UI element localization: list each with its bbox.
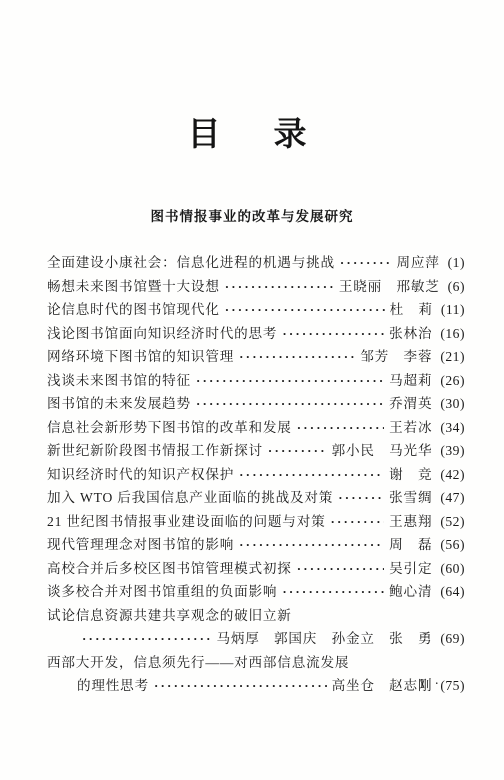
page-number: · 1 · — [405, 676, 443, 692]
toc-entry-title: 全面建设小康社会：信息化进程的机遇与挑战 — [47, 251, 335, 275]
toc-entry-continuation: 的理性思考高坐仓 赵志刚(75) — [47, 674, 465, 698]
toc-entry-title: 信息社会新形势下图书馆的改革和发展 — [47, 416, 292, 440]
toc-entry-page: (52) — [440, 510, 465, 534]
toc-entry: 信息社会新形势下图书馆的改革和发展王若冰(34) — [47, 416, 465, 440]
toc-entry-page: (42) — [440, 463, 465, 487]
toc-entry: 论信息时代的图书馆现代化杜 莉(11) — [47, 298, 465, 322]
toc-entry-authors: 马炳厚 郭国庆 孙金立 张 勇 — [216, 627, 432, 651]
toc-entry: 加入 WTO 后我国信息产业面临的挑战及对策张雪绸(47) — [47, 486, 465, 510]
toc-entry-title: 西部大开发，信息须先行——对西部信息流发展 — [47, 651, 349, 675]
toc-entry-title: 现代管理理念对图书馆的影响 — [47, 533, 234, 557]
toc-entry: 畅想未来图书馆暨十大设想王晓丽 邢敏芝(6) — [47, 275, 465, 299]
toc-entry-page: (26) — [440, 369, 465, 393]
toc-entry-page: (56) — [440, 533, 465, 557]
dot-leader — [338, 486, 384, 510]
toc-entry-title-cont: 的理性思考 — [77, 674, 149, 698]
toc-entry-title: 图书馆的未来发展趋势 — [47, 392, 191, 416]
dot-leader — [239, 345, 355, 369]
dot-leader — [82, 627, 211, 651]
toc-entry-authors: 王惠翔 — [389, 510, 432, 534]
toc-list: 全面建设小康社会：信息化进程的机遇与挑战周应萍(1)畅想未来图书馆暨十大设想王晓… — [47, 251, 465, 698]
toc-entry-page: (16) — [440, 322, 465, 346]
toc-entry-page: (75) — [440, 674, 465, 698]
scanned-toc-page: 目 录 图书情报事业的改革与发展研究 全面建设小康社会：信息化进程的机遇与挑战周… — [0, 0, 504, 780]
toc-entry-authors: 王晓丽 邢敏芝 — [339, 275, 440, 299]
toc-entry: 浅谈未来图书馆的特征马超莉(26) — [47, 369, 465, 393]
toc-entry-title: 网络环境下图书馆的知识管理 — [47, 345, 234, 369]
toc-entry-authors: 谢 竞 — [389, 463, 432, 487]
dot-leader — [268, 439, 327, 463]
toc-entry-page: (69) — [440, 627, 465, 651]
toc-entry-title: 试论信息资源共建共享观念的破旧立新 — [47, 604, 292, 628]
toc-entry-page: (21) — [440, 345, 465, 369]
dot-leader — [297, 557, 384, 581]
toc-entry: 知识经济时代的知识产权保护谢 竞(42) — [47, 463, 465, 487]
toc-entry-page: (11) — [441, 298, 465, 322]
toc-entry-page: (39) — [440, 439, 465, 463]
dot-leader — [239, 533, 384, 557]
toc-entry-title: 新世纪新阶段图书情报工作新探讨 — [47, 439, 263, 463]
toc-entry-page: (64) — [440, 580, 465, 604]
page-title: 目 录 — [0, 0, 504, 155]
section-heading: 图书情报事业的改革与发展研究 — [0, 205, 504, 225]
toc-entry-authors: 鲍心清 — [389, 580, 432, 604]
toc-entry-page: (30) — [440, 392, 465, 416]
toc-entry-authors: 张林治 — [389, 322, 432, 346]
toc-entry: 西部大开发，信息须先行——对西部信息流发展 — [47, 651, 465, 675]
dot-leader — [239, 463, 384, 487]
toc-entry-authors: 杜 莉 — [390, 298, 433, 322]
dot-leader — [330, 510, 384, 534]
toc-entry-continuation: 马炳厚 郭国庆 孙金立 张 勇(69) — [47, 627, 465, 651]
dot-leader — [225, 298, 385, 322]
toc-entry-page: (60) — [440, 557, 465, 581]
toc-entry-title: 谈多校合并对图书馆重组的负面影响 — [47, 580, 277, 604]
toc-entry-title: 加入 WTO 后我国信息产业面临的挑战及对策 — [47, 486, 333, 510]
toc-entry-authors: 周应萍 — [396, 251, 439, 275]
dot-leader — [282, 580, 384, 604]
toc-entry-title: 知识经济时代的知识产权保护 — [47, 463, 234, 487]
toc-entry-authors: 郭小民 马光华 — [332, 439, 433, 463]
toc-entry-authors: 乔渭英 — [389, 392, 432, 416]
toc-entry-title: 高校合并后多校区图书馆管理模式初探 — [47, 557, 292, 581]
toc-entry-title: 浅论图书馆面向知识经济时代的思考 — [47, 322, 277, 346]
toc-entry-title: 浅谈未来图书馆的特征 — [47, 369, 191, 393]
toc-entry-title: 论信息时代的图书馆现代化 — [47, 298, 220, 322]
toc-entry-title: 21 世纪图书情报事业建设面临的问题与对策 — [47, 510, 325, 534]
toc-entry: 谈多校合并对图书馆重组的负面影响鲍心清(64) — [47, 580, 465, 604]
toc-entry-page: (1) — [448, 251, 465, 275]
toc-entry-authors: 周 磊 — [389, 533, 432, 557]
dot-leader — [282, 322, 384, 346]
dot-leader — [225, 275, 334, 299]
toc-entry: 网络环境下图书馆的知识管理邹芳 李蓉(21) — [47, 345, 465, 369]
toc-entry-title: 畅想未来图书馆暨十大设想 — [47, 275, 220, 299]
toc-entry: 全面建设小康社会：信息化进程的机遇与挑战周应萍(1) — [47, 251, 465, 275]
dot-leader — [196, 369, 384, 393]
dot-leader — [154, 674, 327, 698]
toc-entry: 试论信息资源共建共享观念的破旧立新 — [47, 604, 465, 628]
toc-entry: 现代管理理念对图书馆的影响周 磊(56) — [47, 533, 465, 557]
toc-entry: 新世纪新阶段图书情报工作新探讨郭小民 马光华(39) — [47, 439, 465, 463]
toc-entry-authors: 邹芳 李蓉 — [360, 345, 432, 369]
toc-entry: 高校合并后多校区图书馆管理模式初探吴引定(60) — [47, 557, 465, 581]
toc-entry-authors: 吴引定 — [389, 557, 432, 581]
dot-leader — [340, 251, 392, 275]
toc-entry-page: (6) — [448, 275, 465, 299]
toc-entry: 浅论图书馆面向知识经济时代的思考张林治(16) — [47, 322, 465, 346]
toc-entry-page: (47) — [440, 486, 465, 510]
dot-leader — [196, 392, 384, 416]
toc-entry-authors: 张雪绸 — [389, 486, 432, 510]
toc-entry-authors: 马超莉 — [389, 369, 432, 393]
toc-entry: 图书馆的未来发展趋势乔渭英(30) — [47, 392, 465, 416]
toc-entry-authors: 王若冰 — [389, 416, 432, 440]
dot-leader — [297, 416, 384, 440]
toc-entry-page: (34) — [440, 416, 465, 440]
toc-entry: 21 世纪图书情报事业建设面临的问题与对策王惠翔(52) — [47, 510, 465, 534]
